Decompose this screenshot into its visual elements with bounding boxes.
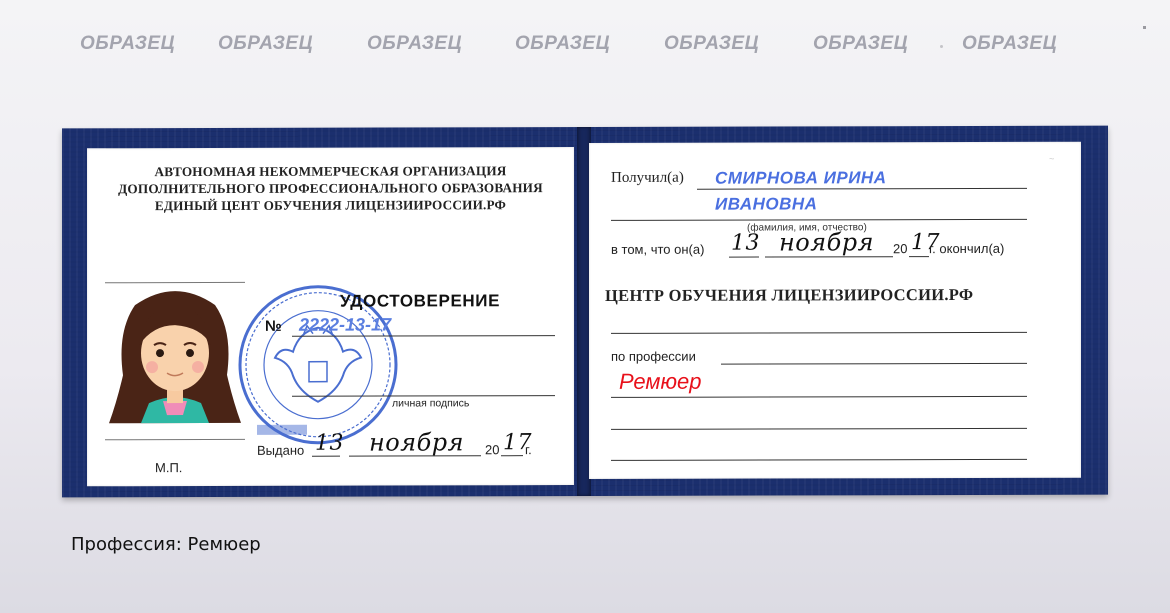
year-unit: г. <box>525 442 532 457</box>
certificate-right-page: ~ Получил(а) СМИРНОВА ИРИНА ИВАНОВНА (фа… <box>589 142 1081 479</box>
day-underline <box>312 456 340 457</box>
number-underline <box>292 335 555 337</box>
completion-prefix: в том, что он(а) <box>611 242 704 257</box>
issued-month: ноября <box>369 428 464 456</box>
day-underline <box>729 257 759 258</box>
completion-month: ноября <box>779 228 874 256</box>
stamp-place-label: М.П. <box>155 460 182 475</box>
month-underline <box>765 256 893 257</box>
watermark-text: ОБРАЗЕЦ <box>218 33 313 55</box>
completion-day: 13 <box>731 231 760 256</box>
name-underline-2 <box>611 219 1027 221</box>
profession-value: Ремюер <box>619 369 702 395</box>
issued-day: 13 <box>315 431 344 456</box>
organization-line: ЕДИНЫЙ ЦЕНТ ОБУЧЕНИЯ ЛИЦЕНЗИИРОССИИ.РФ <box>87 196 574 214</box>
rule-line <box>611 396 1027 398</box>
profession-caption: Профессия: Ремюер <box>71 534 261 555</box>
document-title: УДОСТОВЕРЕНИЕ <box>340 291 500 311</box>
number-label: № <box>265 318 282 335</box>
organization-line: АВТОНОМНАЯ НЕКОММЕРЧЕСКАЯ ОРГАНИЗАЦИЯ <box>87 162 574 180</box>
certificate-number: 2222-13-17 <box>299 315 391 336</box>
photo <box>105 282 245 440</box>
recipient-name-line1: СМИРНОВА ИРИНА <box>715 168 886 188</box>
signature-label: личная подпись <box>392 397 469 409</box>
organization-line: ДОПОЛНИТЕЛЬНОГО ПРОФЕССИОНАЛЬНОГО ОБРАЗО… <box>87 179 574 197</box>
recipient-name-line2: ИВАНОВНА <box>715 194 817 214</box>
completion-suffix: г. окончил(а) <box>929 241 1004 256</box>
rule-line <box>611 428 1027 430</box>
speck <box>1143 26 1146 29</box>
year-underline <box>501 455 523 456</box>
year-underline <box>909 256 929 257</box>
watermark-text: ОБРАЗЕЦ <box>515 33 610 55</box>
profession-label: по профессии <box>611 349 696 364</box>
speck <box>940 45 943 48</box>
watermark-text: ОБРАЗЕЦ <box>664 33 759 55</box>
watermark-text: ОБРАЗЕЦ <box>80 33 175 55</box>
rule-line <box>611 332 1027 334</box>
issued-label: Выдано <box>257 443 304 458</box>
month-underline <box>349 455 481 456</box>
profession-underline <box>721 363 1027 365</box>
name-underline <box>697 188 1027 190</box>
watermark-row: ОБРАЗЕЦ ОБРАЗЕЦ ОБРАЗЕЦ ОБРАЗЕЦ ОБРАЗЕЦ … <box>0 33 1170 63</box>
year-prefix: 20 <box>485 442 499 457</box>
certificate-left-page: АВТОНОМНАЯ НЕКОММЕРЧЕСКАЯ ОРГАНИЗАЦИЯ ДО… <box>87 147 574 486</box>
watermark-text: ОБРАЗЕЦ <box>813 33 908 55</box>
year-prefix: 20 <box>893 241 907 256</box>
institution-name: ЦЕНТР ОБУЧЕНИЯ ЛИЦЕНЗИИРОССИИ.РФ <box>605 285 973 306</box>
page-mark: ~ <box>1049 154 1054 164</box>
received-label: Получил(а) <box>611 170 684 187</box>
certificate-cover: АВТОНОМНАЯ НЕКОММЕРЧЕСКАЯ ОРГАНИЗАЦИЯ ДО… <box>62 126 1108 498</box>
avatar-icon <box>105 283 245 439</box>
rule-line <box>611 459 1027 461</box>
watermark-text: ОБРАЗЕЦ <box>962 33 1057 55</box>
organization-header: АВТОНОМНАЯ НЕКОММЕРЧЕСКАЯ ОРГАНИЗАЦИЯ ДО… <box>87 162 574 214</box>
watermark-text: ОБРАЗЕЦ <box>367 33 462 55</box>
